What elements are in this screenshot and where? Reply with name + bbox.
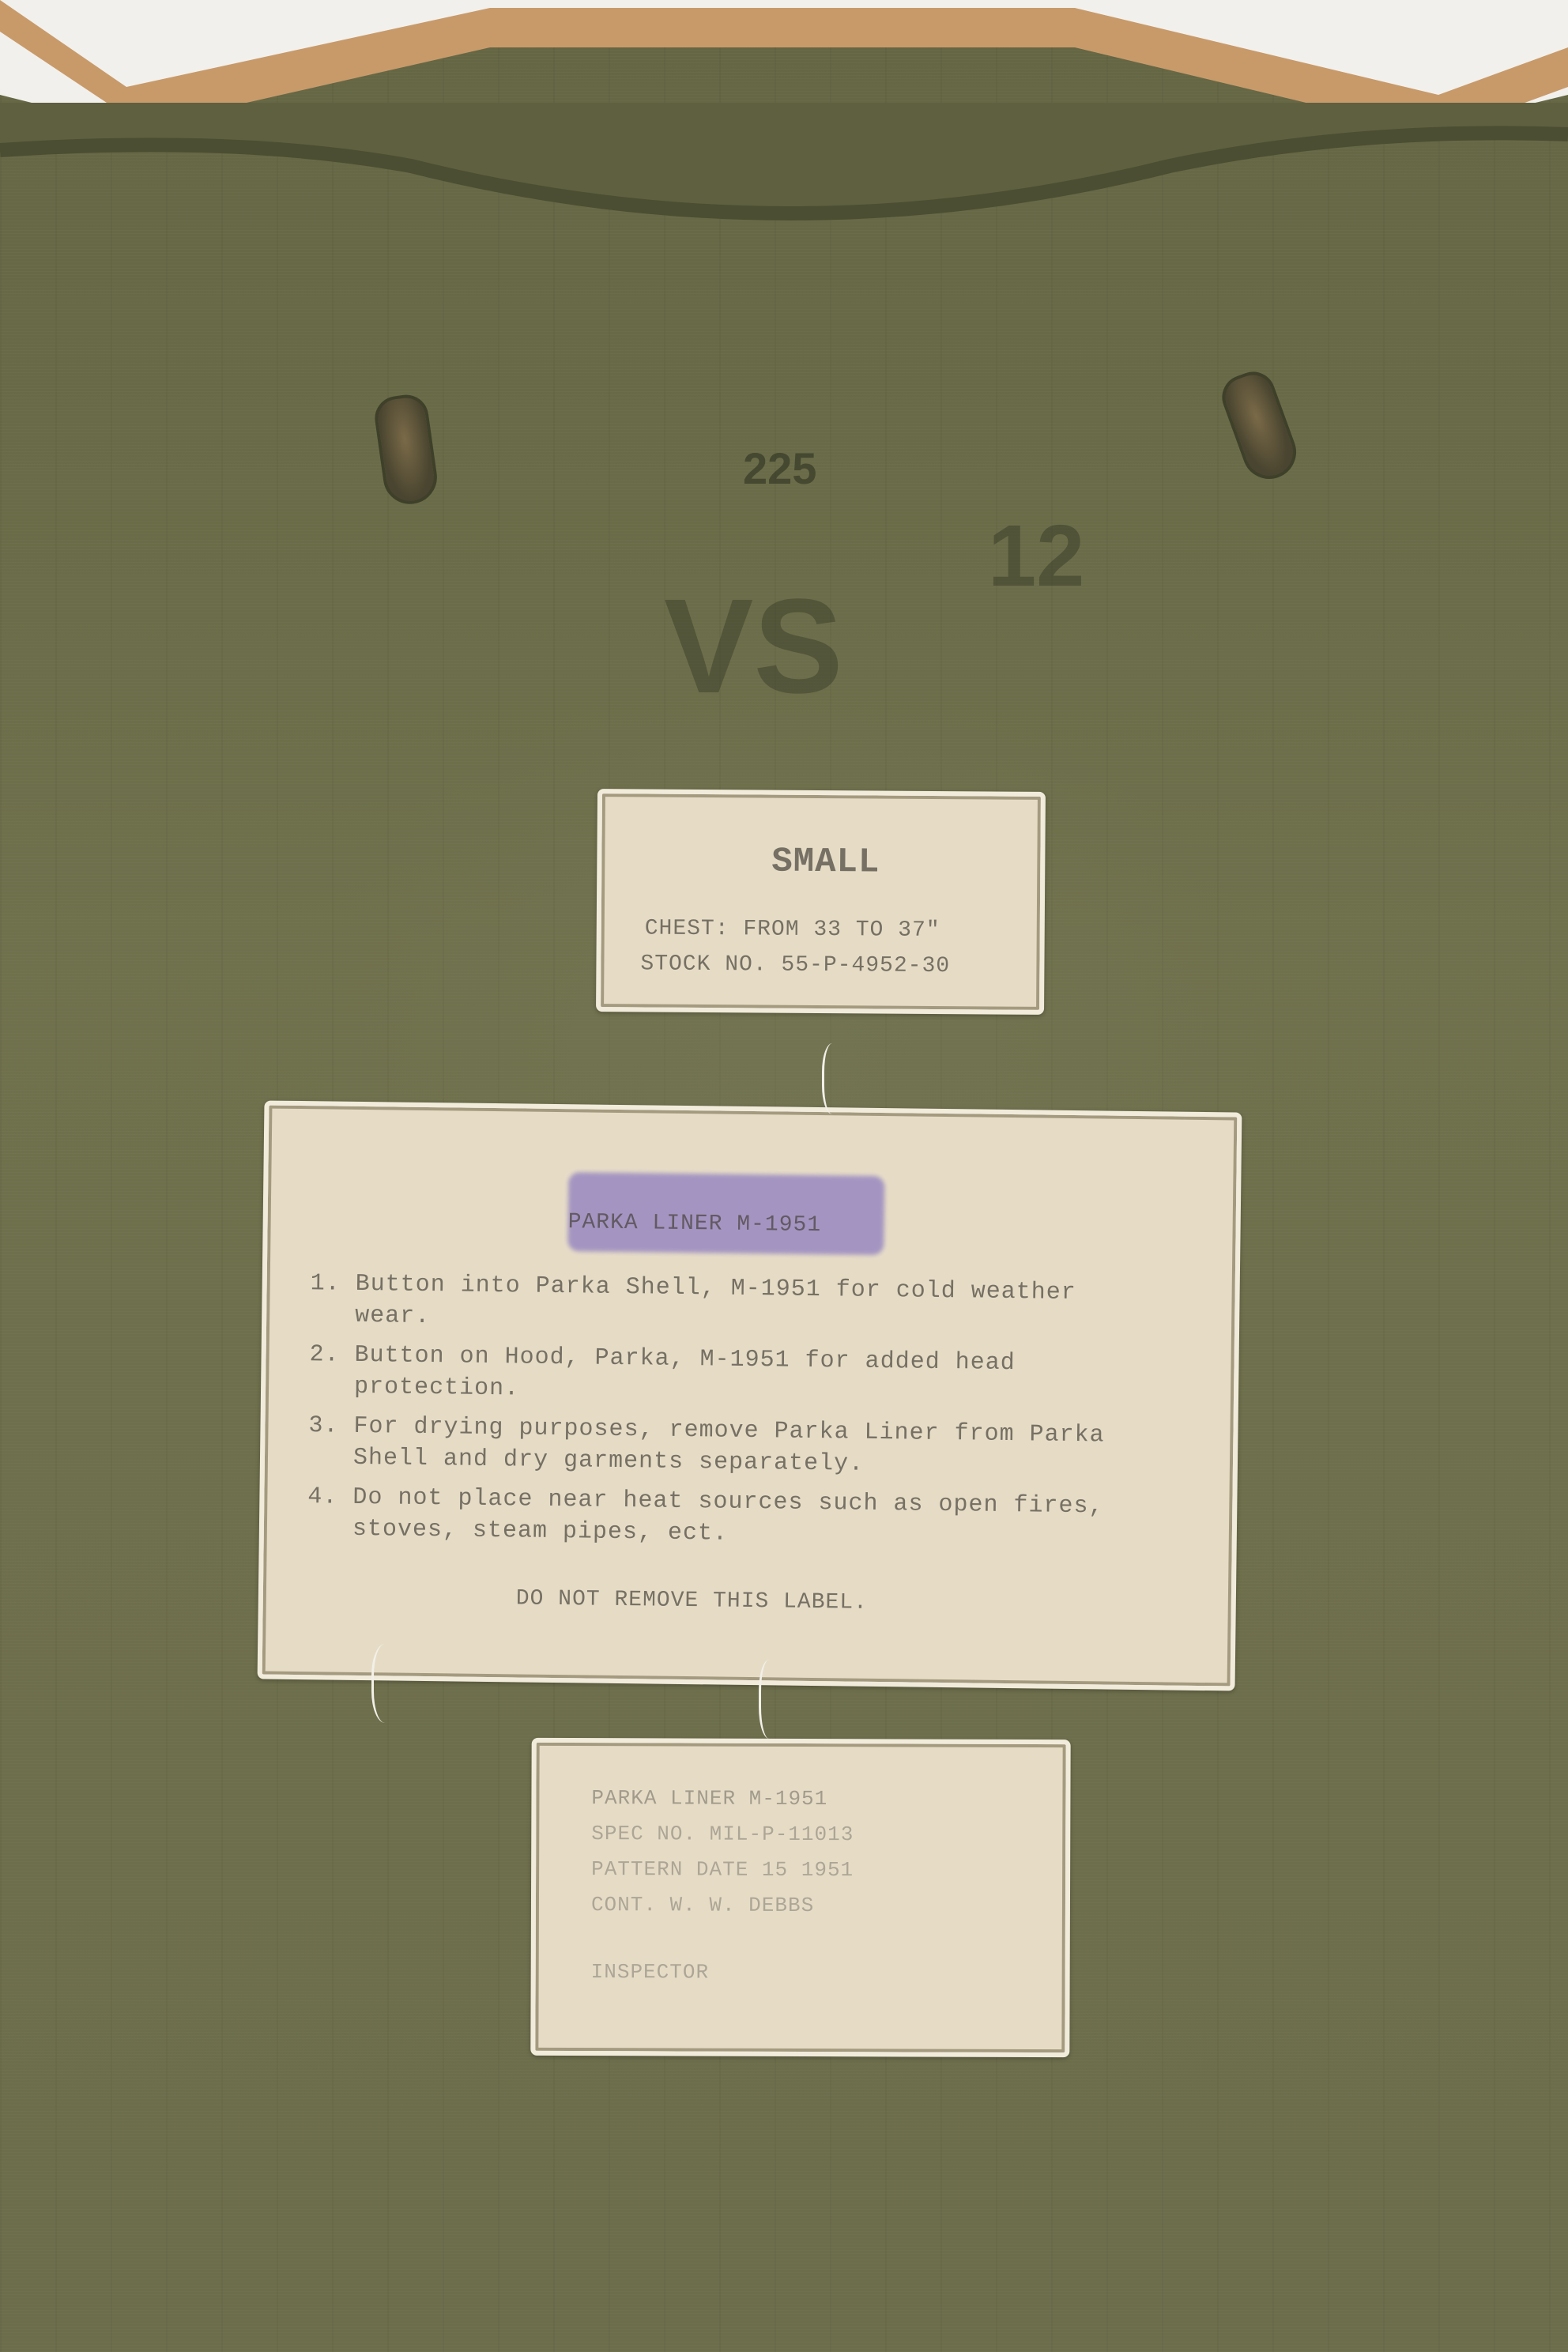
- size-label-chest: CHEST: FROM 33 TO 37": [645, 916, 940, 943]
- instruction-line: 4. Do not place near heat sources such a…: [307, 1483, 1103, 1520]
- instruction-line: 3. For drying purposes, remove Parka Lin…: [308, 1412, 1104, 1449]
- instruction-label: PARKA LINER M-1951 1. Button into Parka …: [258, 1100, 1242, 1690]
- instruction-line: 2. Button on Hood, Parka, M-1951 for add…: [309, 1341, 1015, 1377]
- loose-thread: [822, 1043, 848, 1114]
- instruction-line: wear.: [310, 1302, 430, 1330]
- size-number-marking: 12: [988, 506, 1084, 606]
- loose-thread: [371, 1644, 405, 1723]
- spec-label: PARKA LINER M-1951 SPEC NO. MIL-P-11013 …: [530, 1738, 1070, 2057]
- instruction-line: protection.: [309, 1373, 519, 1402]
- lot-number-marking: 225: [743, 443, 816, 494]
- instruction-label-footer: DO NOT REMOVE THIS LABEL.: [516, 1586, 868, 1615]
- spec-line: SPEC NO. MIL-P-11013: [591, 1822, 854, 1846]
- spec-line: CONT. W. W. DEBBS: [591, 1893, 814, 1917]
- loose-thread: [759, 1660, 785, 1739]
- instruction-line: 1. Button into Parka Shell, M-1951 for c…: [310, 1270, 1076, 1306]
- size-label-stock: STOCK NO. 55-P-4952-30: [640, 952, 950, 978]
- spec-line: PARKA LINER M-1951: [591, 1786, 827, 1811]
- spec-line: INSPECTOR: [591, 1960, 710, 1984]
- instruction-line: Shell and dry garments separately.: [308, 1444, 864, 1478]
- size-label-size: SMALL: [771, 842, 880, 883]
- spec-line: PATTERN DATE 15 1951: [591, 1857, 854, 1882]
- size-label: SMALL CHEST: FROM 33 TO 37" STOCK NO. 55…: [596, 789, 1046, 1015]
- instruction-label-title: PARKA LINER M-1951: [567, 1210, 821, 1238]
- instruction-line: stoves, steam pipes, ect.: [307, 1515, 728, 1547]
- initials-marking: VS: [664, 569, 843, 724]
- collar-binding: [0, 103, 1568, 308]
